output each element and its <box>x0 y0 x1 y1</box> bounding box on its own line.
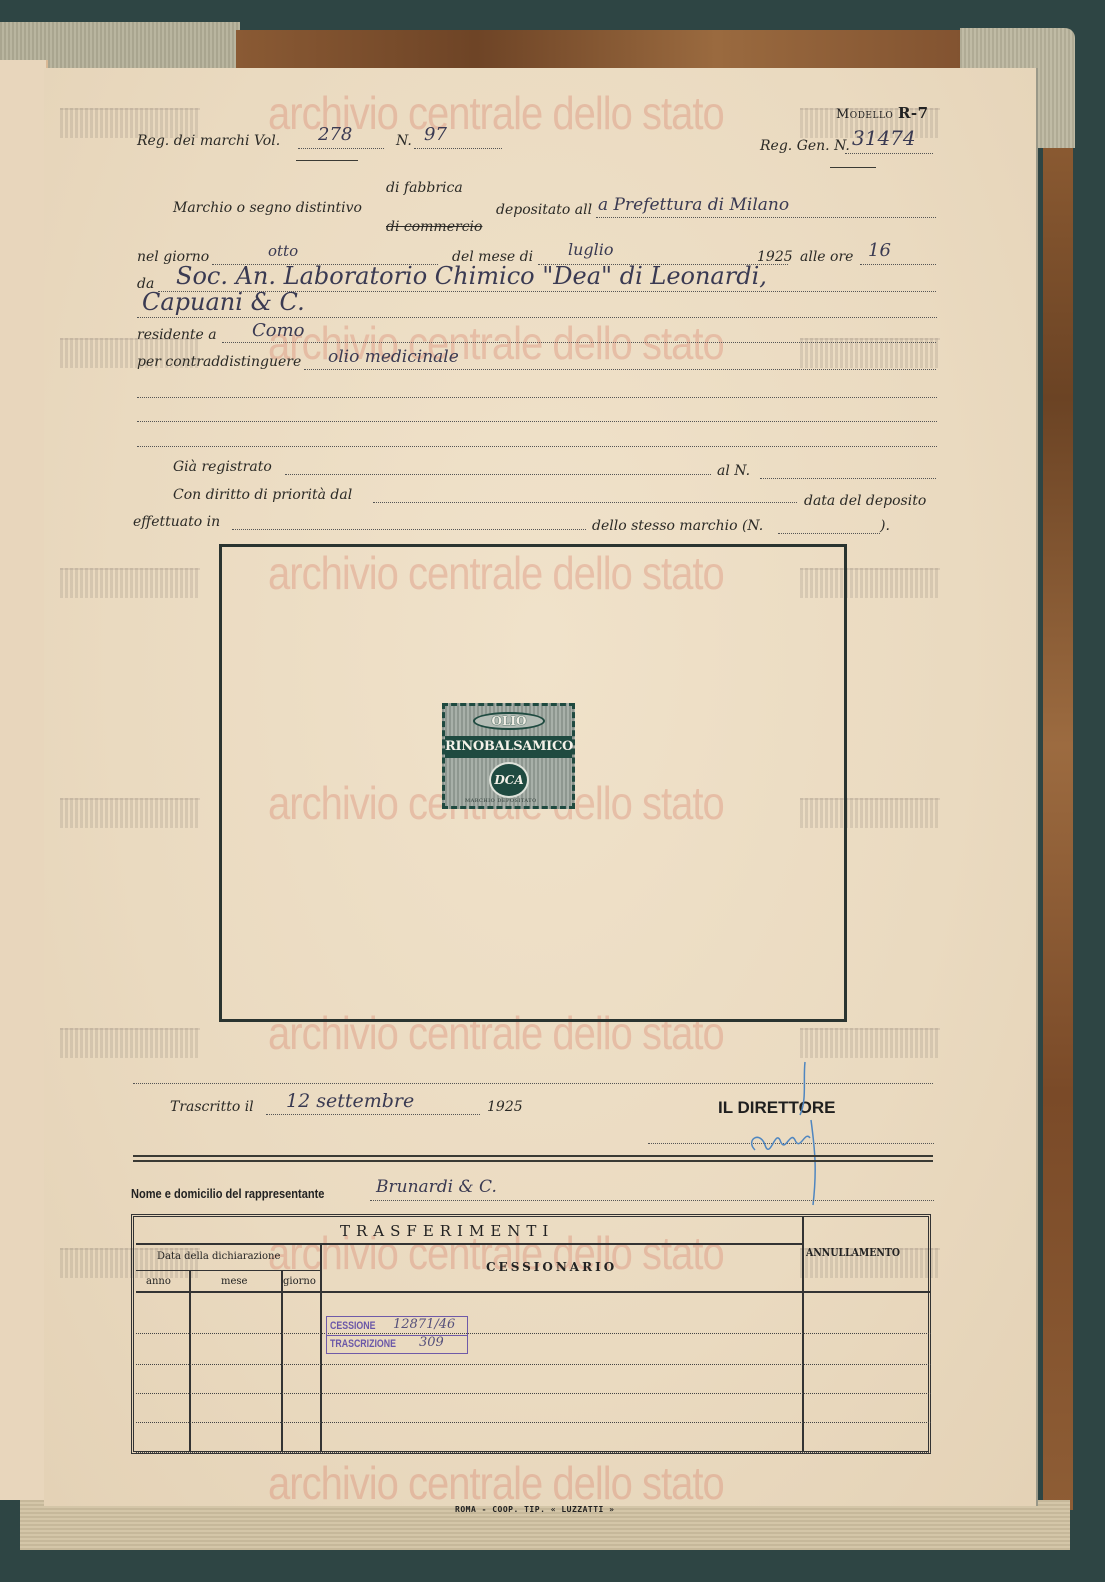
printer-imprint: ROMA - COOP. TIP. « LUZZATTI » <box>455 1505 615 1514</box>
residente-label: residente a <box>137 327 217 343</box>
priorita-label: Con diritto di priorità dal <box>173 487 352 503</box>
double-rule-bottom <box>133 1160 933 1162</box>
effettuato-label: effettuato in <box>133 514 220 530</box>
blank-line <box>137 446 937 447</box>
mese-header: mese <box>221 1276 247 1287</box>
depositato-label: depositato all <box>496 202 592 218</box>
trademark-line2: RINOBALSAMICO <box>445 736 572 758</box>
trademark-footer: MARCHIO DEPOSITATO <box>465 798 537 804</box>
form-model: Modello R-7 <box>836 104 929 122</box>
stesso-marchio-label: dello stesso marchio (N. <box>592 518 763 534</box>
binding-leather-top <box>236 30 1036 70</box>
giorno-value: otto <box>268 242 298 260</box>
data-dichiarazione-header: Data della dichiarazione <box>157 1251 280 1262</box>
stesso-marchio-close: ). <box>880 518 890 534</box>
mese-value: luglio <box>568 240 614 259</box>
di-fabbrica: di fabbrica <box>386 180 463 196</box>
table-row <box>136 1393 931 1394</box>
annullamento-header: ANNULLAMENTO <box>806 1246 900 1259</box>
trascritto-label: Trascritto il <box>170 1099 254 1115</box>
da-value-line1: Soc. An. Laboratorio Chimico "Dea" di Le… <box>176 262 767 290</box>
col-divider <box>281 1271 283 1452</box>
residente-value: Como <box>252 320 305 341</box>
trascrizione-value: 309 <box>419 1335 444 1350</box>
col-divider <box>189 1271 191 1452</box>
n-label: N. <box>396 133 412 149</box>
table-title: TRASFERIMENTI <box>340 1222 554 1240</box>
header-divider <box>136 1291 931 1293</box>
da-line-2 <box>137 317 937 318</box>
vol-value: 278 <box>318 124 352 145</box>
gia-registrato-line <box>285 474 711 475</box>
rappresentante-line <box>370 1200 934 1201</box>
residente-line <box>222 342 936 343</box>
depositato-value: a Prefettura di Milano <box>598 195 789 215</box>
vol-line <box>298 148 384 149</box>
blank-line <box>137 421 937 422</box>
trademark-line1: OLIO <box>473 712 545 730</box>
cessione-value: 12871/46 <box>393 1317 455 1332</box>
reg-gen-label: Reg. Gen. N. <box>760 138 850 154</box>
divider <box>296 160 358 161</box>
giorno-header: giorno <box>283 1276 316 1287</box>
n-line <box>414 148 502 149</box>
blank-line <box>137 397 937 398</box>
table-title-divider <box>136 1243 802 1245</box>
cessionario-header: CESSIONARIO <box>486 1260 617 1274</box>
director-signature <box>745 1060 835 1210</box>
divider <box>830 167 876 168</box>
table-row <box>136 1333 931 1334</box>
contraddistinguere-label: per contraddistinguere <box>137 354 301 370</box>
data-deposito-label: data del deposito <box>804 493 926 509</box>
ore-value: 16 <box>868 240 891 261</box>
contraddistinguere-value: olio medicinale <box>328 347 459 367</box>
col-divider <box>320 1244 322 1452</box>
effettuato-line <box>232 529 586 530</box>
cessione-stamp: CESSIONE 12871/46 TRASCRIZIONE 309 <box>326 1316 468 1354</box>
ore-line <box>860 264 936 265</box>
al-n-label: al N. <box>717 463 750 479</box>
ore-label: alle ore <box>800 249 853 265</box>
contraddistinguere-line <box>304 369 936 370</box>
rappresentante-value: Brunardi & C. <box>376 1177 497 1197</box>
reg-marchi-label: Reg. dei marchi Vol. <box>137 133 280 149</box>
trascritto-line <box>266 1114 480 1115</box>
al-n-line <box>760 478 936 479</box>
trascrizione-label: TRASCRIZIONE <box>330 1338 396 1350</box>
marchio-label: Marchio o segno distintivo <box>173 200 362 216</box>
reg-gen-line <box>845 153 933 154</box>
anno-header: anno <box>146 1276 171 1287</box>
trademark-label-image: OLIO RINOBALSAMICO DCA MARCHIO DEPOSITAT… <box>442 703 575 809</box>
cessione-label: CESSIONE <box>330 1320 375 1332</box>
depositato-line <box>596 217 936 218</box>
n-value: 97 <box>424 124 447 145</box>
da-value-line2: Capuani & C. <box>142 288 305 316</box>
reg-gen-value: 31474 <box>852 126 916 150</box>
form-model-code: R-7 <box>898 104 929 122</box>
annullamento-divider <box>802 1216 804 1452</box>
table-row <box>136 1422 931 1423</box>
di-commercio: di commercio <box>386 219 482 235</box>
gia-registrato-label: Già registrato <box>173 459 272 475</box>
facing-page-edge <box>0 60 48 1500</box>
double-rule-top <box>133 1155 933 1157</box>
binding-leather-right <box>1043 120 1073 1510</box>
trascritto-year: 1925 <box>487 1099 523 1115</box>
date-subheader-divider <box>136 1270 320 1271</box>
trascritto-value: 12 settembre <box>286 1090 414 1112</box>
table-row <box>136 1452 931 1453</box>
stesso-marchio-line <box>778 533 880 534</box>
table-row <box>136 1364 931 1365</box>
form-model-label: Modello <box>836 107 893 122</box>
stamp-divider <box>327 1335 467 1336</box>
trademark-monogram: DCA <box>489 762 529 798</box>
priorita-line <box>373 502 797 503</box>
rappresentante-label: Nome e domicilio del rappresentante <box>131 1186 324 1201</box>
